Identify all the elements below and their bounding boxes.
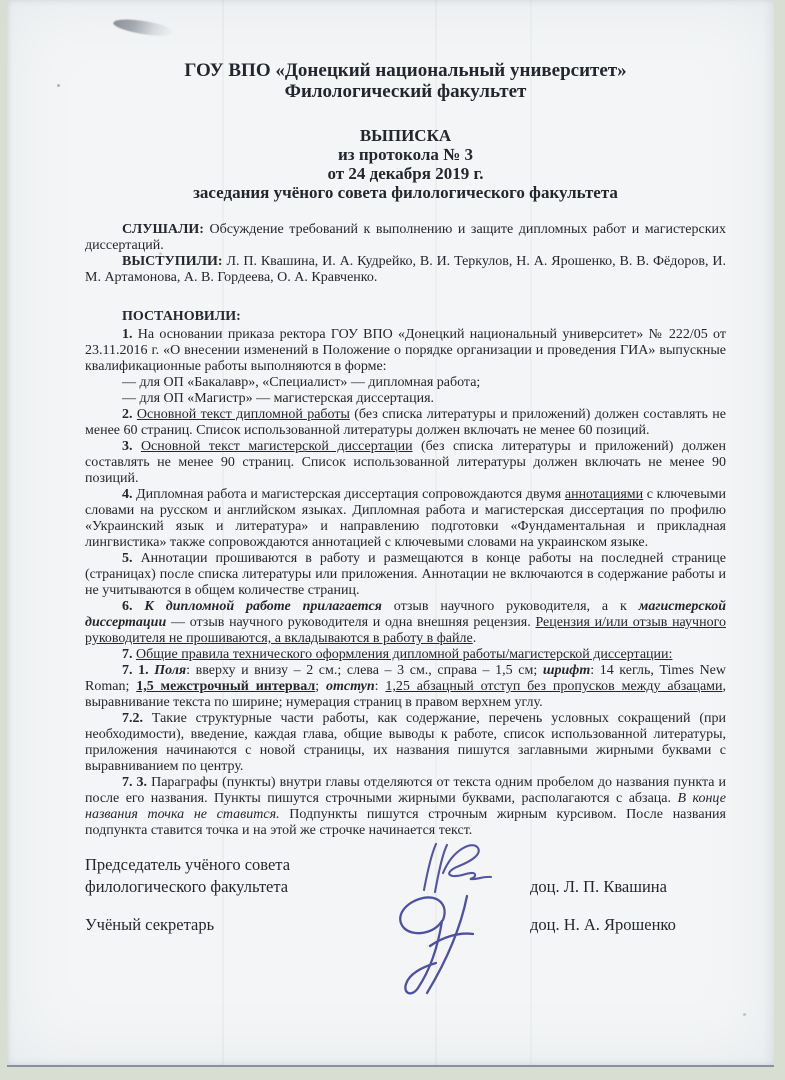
item-text: Такие структурные части работы, как соде… [85,711,726,774]
signature-space [425,935,530,936]
secretary-signature-row: Учёный секретарь доц. Н. А. Ярошенко [85,914,726,936]
item-number: 7. 3. [122,775,147,790]
resolution-item-5: 5. Аннотации прошиваются в работу и разм… [85,551,726,599]
secretary-signature-ink [383,890,543,1000]
resolution-item-1: 1. На основании приказа ректора ГОУ ВПО … [85,327,726,375]
item-text: Дипломная работа и магистерская диссерта… [133,487,565,502]
chair-title-line-1: Председатель учёного совета [85,854,425,876]
item-text: отзыв научного руководителя, а к [382,599,639,614]
item-number: 5. [122,551,133,566]
chair-signature-row: Председатель учёного совета филологическ… [85,854,726,898]
council-session-line: заседания учёного совета филологического… [85,183,726,202]
item-text: Параграфы (пункты) внутри главы отделяют… [85,775,726,806]
resolution-item-7: 7. Общие правила технического оформления… [85,647,726,663]
underlined-text: 1,25 абзацный отступ без пропусков между… [385,679,722,694]
item-text: : вверху и внизу – 2 см.; слева – 3 см.,… [186,663,543,678]
title-block: ВЫПИСКА из протокола № 3 от 24 декабря 2… [85,126,726,202]
document-title: ВЫПИСКА [85,126,726,145]
underlined-text: Общие правила технического оформления ди… [136,647,672,662]
resolution-item-2: 2. Основной текст дипломной работы (без … [85,407,726,439]
item-text: : [375,679,386,694]
pencil-smudge [112,16,173,39]
item-text: — отзыв научного руководителя и одна вне… [166,615,535,630]
paper-sheet: ГОУ ВПО «Донецкий национальный университ… [7,0,774,1067]
underlined-text: Основной текст магистерской диссертации [141,439,413,454]
signature-space [425,897,530,898]
protocol-date-line: от 24 декабря 2019 г. [85,164,726,183]
heard-label: СЛУШАЛИ: [122,222,204,237]
underlined-text: аннотациями [565,487,643,502]
item-number: 1. [122,327,133,342]
resolution-item-7-3: 7. 3. Параграфы (пункты) внутри главы от… [85,775,726,839]
resolution-item-7-2: 7.2. Такие структурные части работы, как… [85,711,726,775]
item-number: 3. [122,439,141,454]
signature-block: Председатель учёного совета филологическ… [85,854,726,936]
secretary-title: Учёный секретарь [85,914,425,936]
item-number: 6. [122,599,133,614]
document-header: ГОУ ВПО «Донецкий национальный университ… [85,60,726,202]
item-text: Аннотации прошиваются в работу и размеща… [85,551,726,598]
scan-speck [57,84,60,87]
scan-speck [159,252,162,255]
bold-italic-text: Поля [149,663,187,678]
resolved-heading: ПОСТАНОВИЛИ: [85,309,726,325]
secretary-name: доц. Н. А. Ярошенко [530,914,726,936]
underlined-text: Основной текст дипломной работы [137,407,350,422]
item-number: 7.2. [122,711,143,726]
scan-speck [743,1013,746,1016]
bold-italic-text: К дипломной работе прилагается [133,599,382,614]
spoke-paragraph: ВЫСТУПИЛИ: Л. П. Квашина, И. А. Кудрейко… [85,254,726,286]
chair-title: Председатель учёного совета филологическ… [85,854,425,898]
item-text: ; [315,679,326,694]
chair-title-line-2: филологического факультета [85,876,425,898]
scan-speck [303,449,306,452]
resolution-item-1-dash-1: — для ОП «Бакалавр», «Специалист» — дипл… [85,375,726,391]
resolution-item-7-1: 7. 1. Поля: вверху и внизу – 2 см.; слев… [85,663,726,711]
item-text: На основании приказа ректора ГОУ ВПО «До… [85,327,726,374]
item-number: 7. [122,647,136,662]
bold-underlined-text: 1,5 межстрочный интервал [136,679,315,694]
resolution-item-4: 4. Дипломная работа и магистерская диссе… [85,487,726,551]
item-number: 2. [122,407,137,422]
heard-paragraph: СЛУШАЛИ: Обсуждение требований к выполне… [85,222,726,254]
resolution-item-3: 3. Основной текст магистерской диссертац… [85,439,726,487]
document-scan: ГОУ ВПО «Донецкий национальный университ… [0,0,785,1080]
protocol-number-line: из протокола № 3 [85,145,726,164]
spoke-label: ВЫСТУПИЛИ: [122,254,223,269]
item-number: 7. 1. [122,663,149,678]
bold-italic-text: шрифт [543,663,590,678]
faculty-name: Филологический факультет [85,81,726,102]
bold-italic-text: отступ [326,679,375,694]
document-body: СЛУШАЛИ: Обсуждение требований к выполне… [85,222,726,936]
resolution-item-6: 6. К дипломной работе прилагается отзыв … [85,599,726,647]
resolution-item-1-dash-2: — для ОП «Магистр» — магистерская диссер… [85,391,726,407]
item-number: 4. [122,487,133,502]
organization-name: ГОУ ВПО «Донецкий национальный университ… [85,60,726,81]
item-text: . [473,631,477,646]
chair-name: доц. Л. П. Квашина [530,876,726,898]
